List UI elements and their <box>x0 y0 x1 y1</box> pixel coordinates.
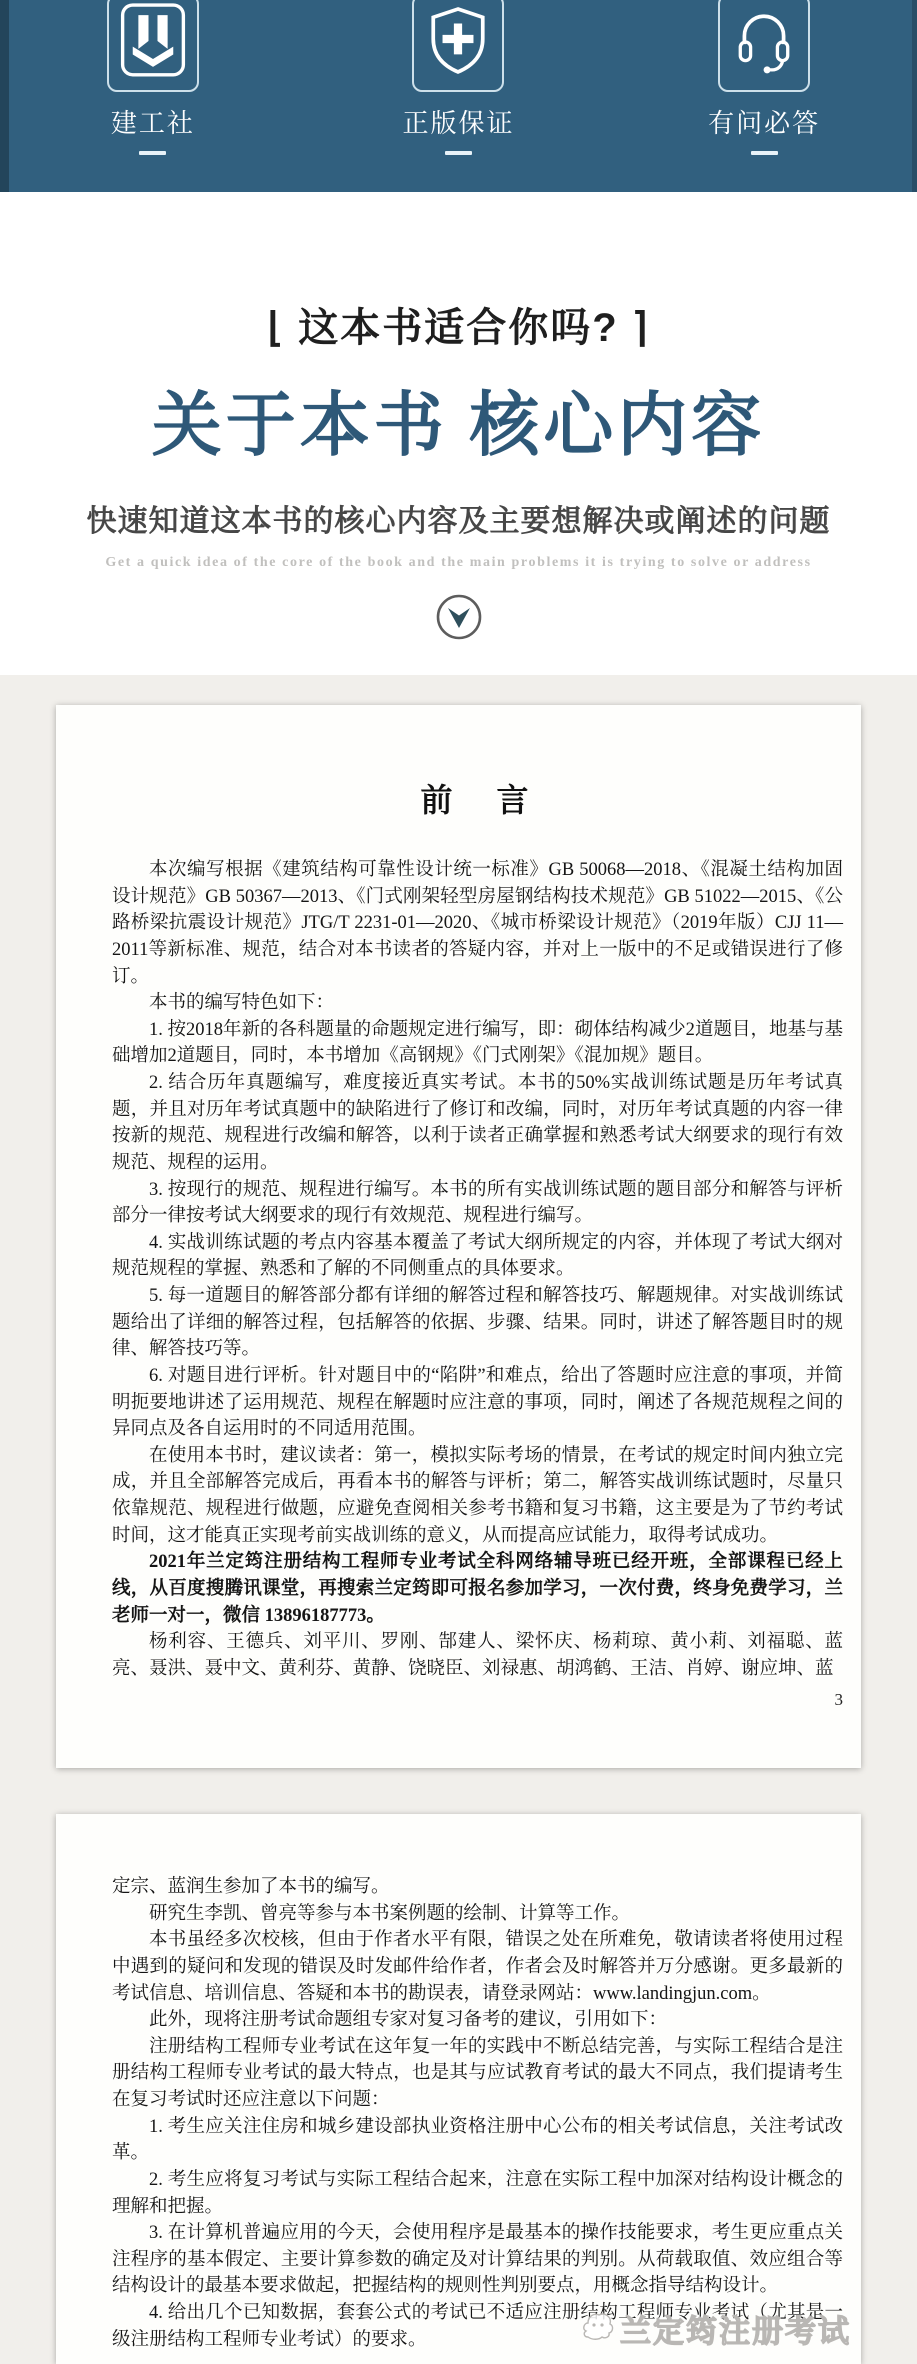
paragraph: 研究生李凯、曾亮等参与本书案例题的绘制、计算等工作。 <box>112 1901 843 1928</box>
feature-underline <box>751 151 778 155</box>
feature-underline <box>139 151 166 155</box>
bracket-question-title: ⌊ 这本书适合你吗? ⌉ <box>0 296 917 353</box>
promo-header: 建工社 正版保证 <box>0 0 917 192</box>
page-title: 关于本书 核心内容 <box>0 369 917 470</box>
paragraph: 2021年兰定筠注册结构工程师专业考试全科网络辅导班已经开班，全部课程已经上线，… <box>112 1549 843 1629</box>
feature-label: 有问必答 <box>708 103 820 140</box>
preface-page-1: 前 言 本次编写根据《建筑结构可靠性设计统一标准》GB 50068—2018、《… <box>56 705 861 1768</box>
building-press-logo-icon <box>117 1 189 86</box>
paragraph: 6. 对题目进行评析。针对题目中的“陷阱”和难点，给出了答题时应注意的事项，并简… <box>112 1363 843 1443</box>
feature-support: 有问必答 <box>613 0 916 155</box>
chevron-down-circle-icon <box>435 628 483 645</box>
divider <box>0 593 917 641</box>
paragraph: 4. 给出几个已知数据，套套公式的考试已不适应注册结构工程师专业考试（尤其是一级… <box>112 2300 843 2353</box>
intro-section: ⌊ 这本书适合你吗? ⌉ 关于本书 核心内容 快速知道这本书的核心内容及主要想解… <box>0 192 917 675</box>
paragraph: 在使用本书时，建议读者：第一，模拟实际考场的情景，在考试的规定时间内独立完成，并… <box>112 1443 843 1550</box>
book-pages-section: 前 言 本次编写根据《建筑结构可靠性设计统一标准》GB 50068—2018、《… <box>0 675 917 2364</box>
paragraph: 3. 按现行的规范、规程进行编写。本书的所有实战训练试题的题目部分和解答与评析部… <box>112 1177 843 1230</box>
paragraph: 本书虽经多次校核，但由于作者水平有限，错误之处在所难免，敬请读者将使用过程中遇到… <box>112 1927 843 2007</box>
paragraph: 此外，现将注册考试命题组专家对复习备考的建议，引用如下： <box>112 2007 843 2034</box>
feature-label: 正版保证 <box>402 103 514 140</box>
paragraph: 1. 考生应关注住房和城乡建设部执业资格注册中心公布的相关考试信息，关注考试改革… <box>112 2114 843 2167</box>
page-number: 3 <box>112 1690 843 1710</box>
preface-page-2: 定宗、蓝润生参加了本书的编写。研究生李凯、曾亮等参与本书案例题的绘制、计算等工作… <box>56 1814 861 2364</box>
page-gap <box>0 1768 917 1814</box>
feature-label: 建工社 <box>111 103 195 140</box>
preface-body-1: 本次编写根据《建筑结构可靠性设计统一标准》GB 50068—2018、《混凝土结… <box>112 857 843 1682</box>
icon-box <box>718 0 810 92</box>
preface-title: 前 言 <box>112 775 843 821</box>
feature-press: 建工社 <box>2 0 305 155</box>
paragraph: 5. 每一道题目的解答部分都有详细的解答过程和解答技巧、解题规律。对实战训练试题… <box>112 1283 843 1363</box>
paragraph: 注册结构工程师专业考试在这年复一年的实践中不断总结完善，与实际工程结合是注册结构… <box>112 2034 843 2114</box>
paragraph: 4. 实战训练试题的考点内容基本覆盖了考试大纲所规定的内容，并体现了考试大纲对规… <box>112 1230 843 1283</box>
paragraph: 2. 结合历年真题编写，难度接近真实考试。本书的50%实战训练试题是历年考试真题… <box>112 1070 843 1177</box>
paragraph: 本次编写根据《建筑结构可靠性设计统一标准》GB 50068—2018、《混凝土结… <box>112 857 843 990</box>
caption-english: Get a quick idea of the core of the book… <box>0 555 917 571</box>
feature-genuine: 正版保证 <box>307 0 610 155</box>
paragraph: 定宗、蓝润生参加了本书的编写。 <box>112 1874 843 1901</box>
paragraph: 杨利容、王德兵、刘平川、罗刚、郜建人、梁怀庆、杨莉琼、黄小莉、刘福聪、蓝亮、聂洪… <box>112 1629 843 1682</box>
paragraph: 3. 在计算机普遍应用的今天，会使用程序是最基本的操作技能要求，考生更应重点关注… <box>112 2220 843 2300</box>
preface-body-2: 定宗、蓝润生参加了本书的编写。研究生李凯、曾亮等参与本书案例题的绘制、计算等工作… <box>112 1874 843 2353</box>
icon-box <box>412 0 504 92</box>
paragraph: 1. 按2018年新的各科题量的命题规定进行编写，即：砌体结构减少2道题目，地基… <box>112 1017 843 1070</box>
headset-icon <box>731 4 797 83</box>
icon-box <box>107 0 199 92</box>
subtitle: 快速知道这本书的核心内容及主要想解决或阐述的问题 <box>0 496 917 540</box>
paragraph: 本书的编写特色如下： <box>112 990 843 1017</box>
feature-underline <box>445 151 472 155</box>
shield-plus-icon <box>425 4 491 83</box>
paragraph: 2. 考生应将复习考试与实际工程结合起来，注意在实际工程中加深对结构设计概念的理… <box>112 2167 843 2220</box>
